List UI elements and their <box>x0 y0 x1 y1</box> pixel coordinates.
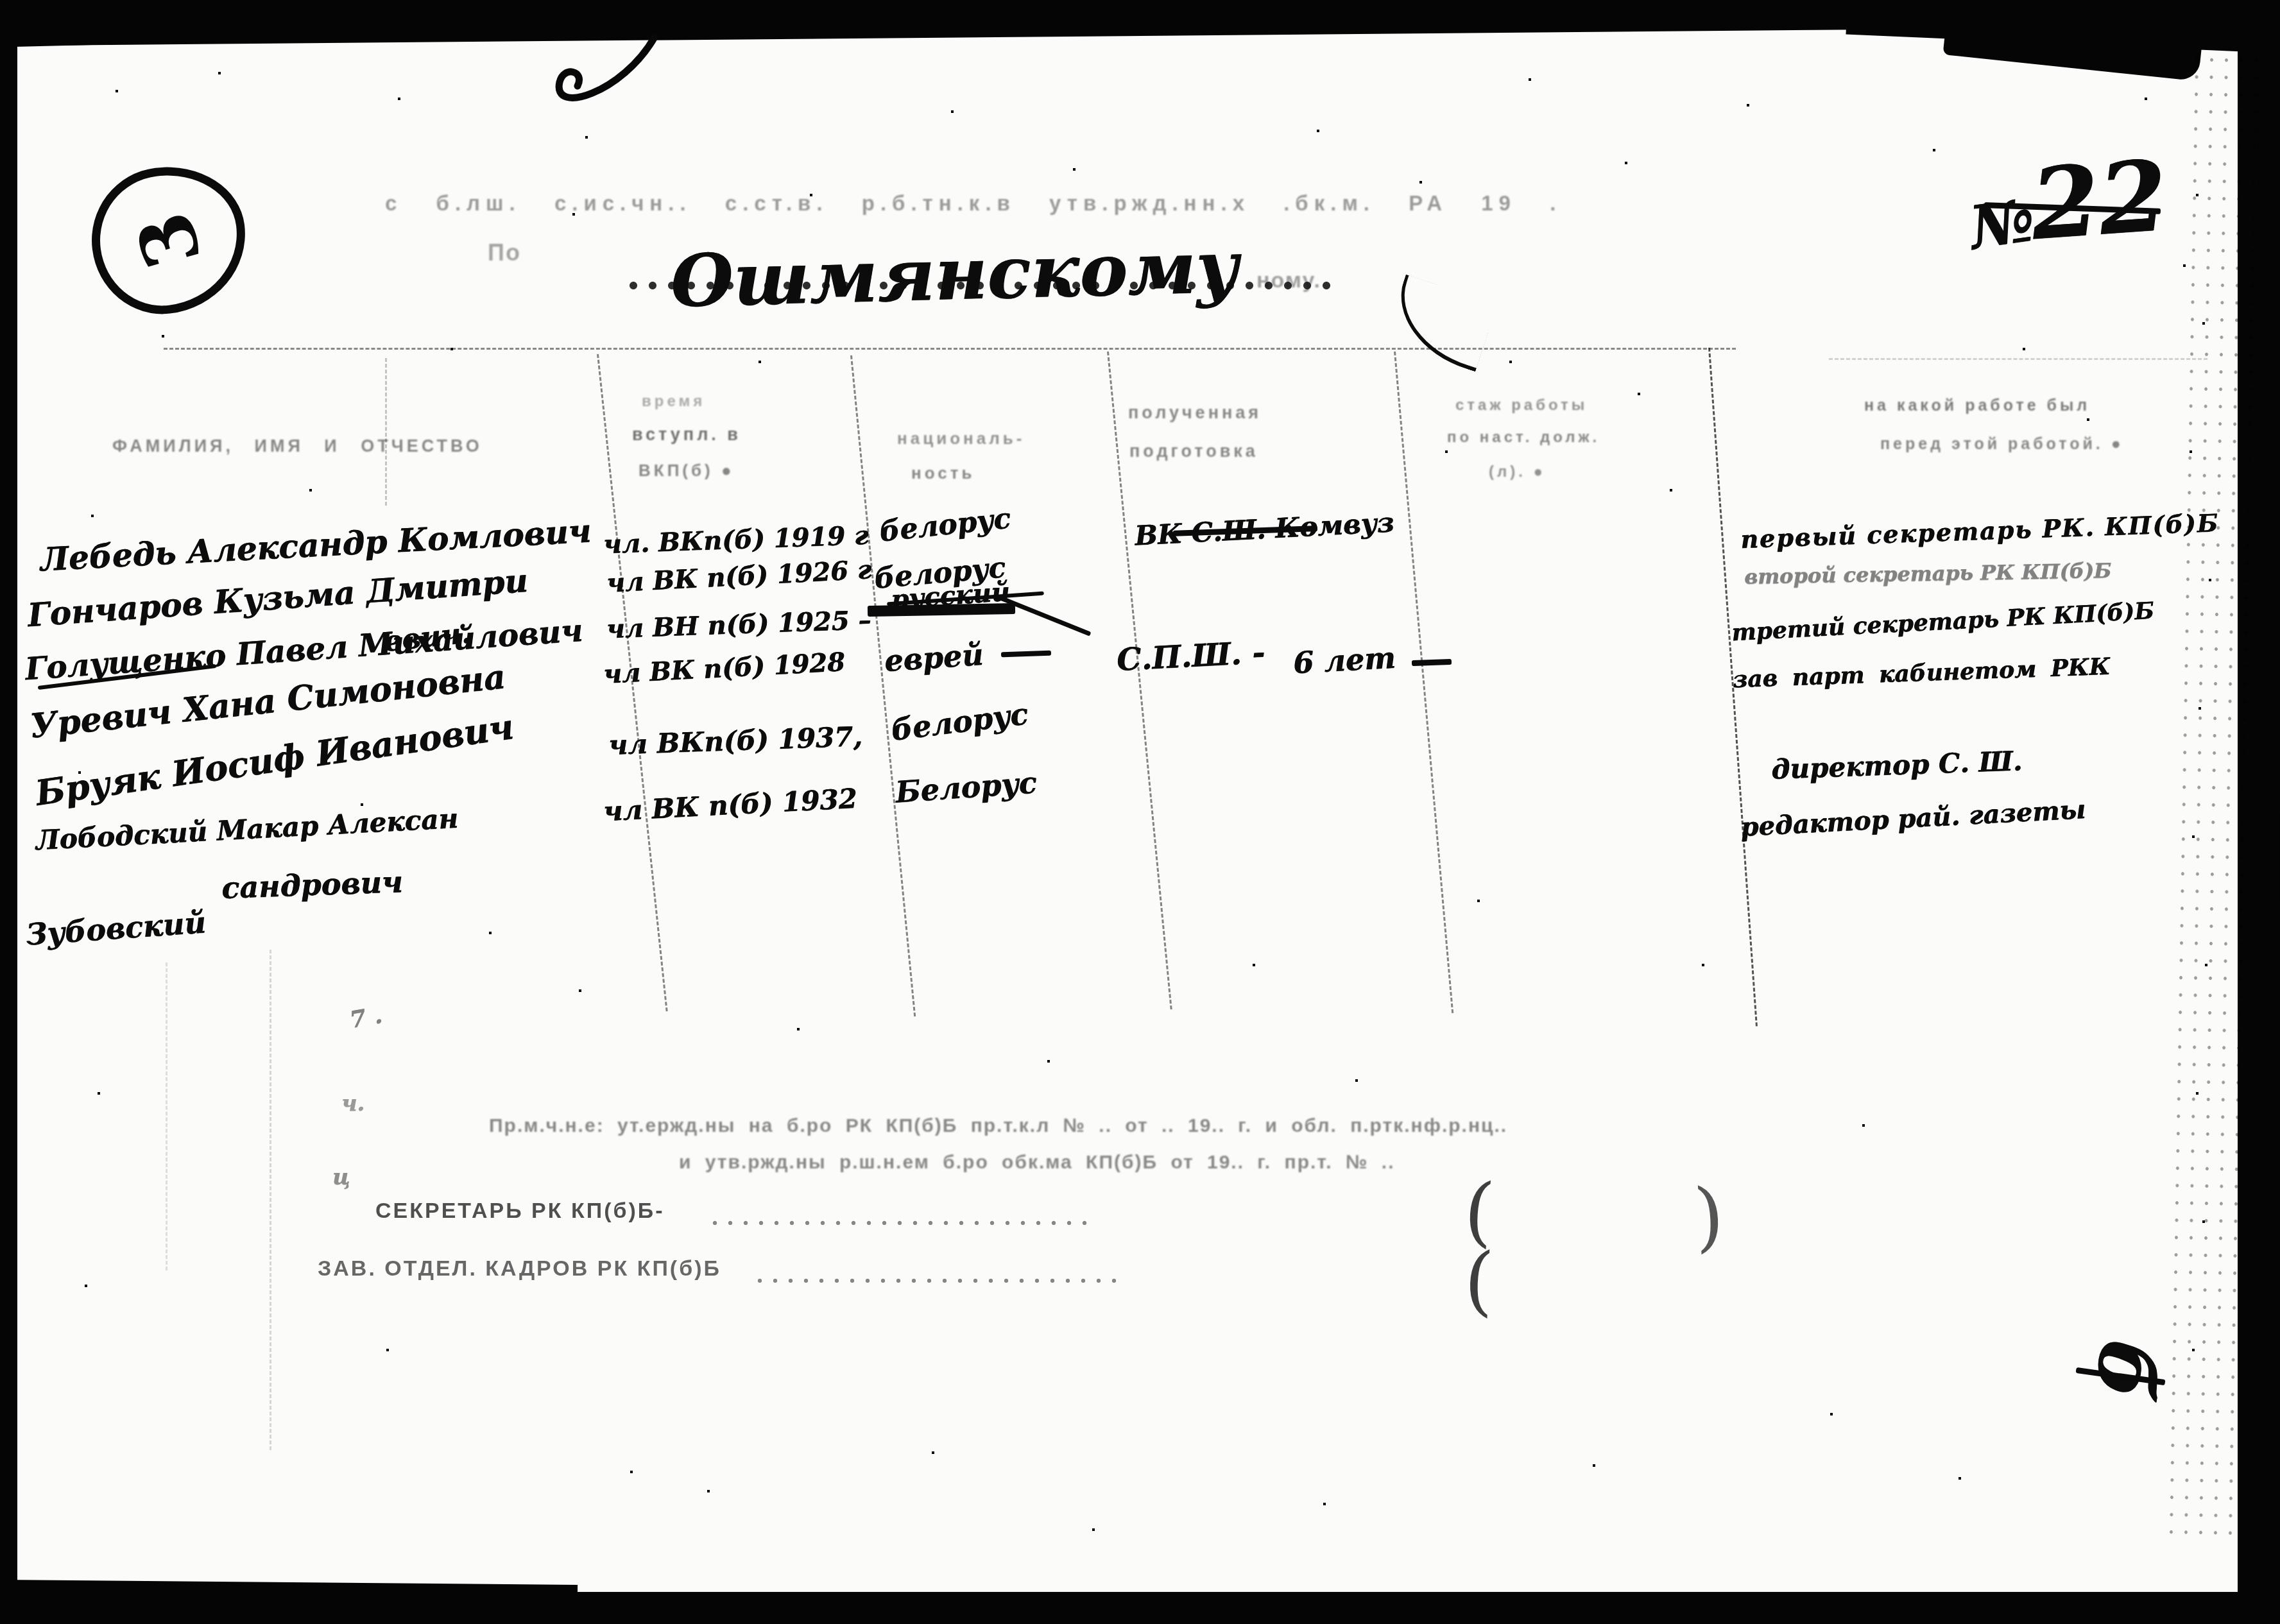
row-6-name-wrap: сандрович <box>221 864 403 905</box>
column-header-position-line1: на какой работе был <box>1864 397 2090 415</box>
title-line-1: с б.лш. с.ис.чн.. с.ст.в. р.б.тн.к.в утв… <box>385 191 1561 216</box>
column-header-party-line1: время <box>642 393 705 411</box>
column-header-nationality-line1: националь- <box>897 429 1025 449</box>
margin-dotted-rule-b <box>270 950 271 1450</box>
column-header-tenure-line1: стаж работы <box>1455 397 1588 415</box>
column-header-education-line1: полученная <box>1128 403 1262 423</box>
column-header-party-line2: вступл. в <box>632 425 741 445</box>
column-header-nationality-line2: ность <box>911 463 975 483</box>
column-header-name: ФАМИЛИЯ, ИМЯ И ОТЧЕСТВО <box>112 436 483 456</box>
stray-mark-3: ц <box>332 1165 350 1190</box>
column-header-tenure-line2: по наст. долж. <box>1447 429 1600 447</box>
circled-page-number-value: 3 <box>119 202 219 277</box>
column-header-party-line3: ВКП(б) ● <box>639 461 735 481</box>
footnote-line-2: и утв.ржд.ны р.ш.н.ем б.ро обк.ма КП(б)Б… <box>679 1152 1394 1174</box>
row-4-tenure: 6 лет <box>1292 640 1396 680</box>
ink-curl-mark <box>526 32 667 115</box>
row-4-nationality: еврей <box>883 637 984 679</box>
scan-speckles <box>0 0 3 3</box>
margin-dotted-rule-a <box>385 358 387 506</box>
title-prefix: По <box>488 239 521 266</box>
column-header-tenure-line3: (л). ● <box>1489 463 1546 481</box>
addressee-handwritten: Ошмянскому <box>669 225 1240 323</box>
stray-mark-2: ч. <box>341 1091 364 1116</box>
signature-leader-1 <box>712 1220 1097 1226</box>
table-top-rule-right <box>1829 358 2207 360</box>
signature-line-secretary: СЕКРЕТАРЬ РК КП(б)Б- <box>375 1199 665 1224</box>
signature-paren-close-1: ) <box>1692 1171 1726 1261</box>
doc-number-value: 22 <box>2027 138 2171 262</box>
title-tail: ному. <box>1256 268 1321 293</box>
table-top-rule <box>164 348 1736 350</box>
signature-line-cadres: ЗАВ. ОТДЕЛ. КАДРОВ РК КП(б)Б <box>318 1256 721 1281</box>
margin-dotted-rule-c <box>166 962 167 1270</box>
signature-leader-2 <box>757 1278 1117 1284</box>
footnote-line-1: Пр.м.ч.н.е: ут.ержд.ны на б.ро РК КП(б)Б… <box>489 1115 1507 1137</box>
column-header-education-line2: подготовка <box>1129 441 1258 461</box>
stray-mark-1: 7 . <box>348 1002 384 1034</box>
column-header-position-line2: перед этой работой. ● <box>1880 435 2124 454</box>
scan-edge-left <box>0 0 17 1624</box>
doc-number-sign: № <box>1966 185 2039 263</box>
signature-paren-open-2: ( <box>1463 1235 1496 1325</box>
scanned-document: 3 № 22 с б.лш. с.ис.чн.. с.ст.в. р.б.тн.… <box>0 0 2280 1624</box>
